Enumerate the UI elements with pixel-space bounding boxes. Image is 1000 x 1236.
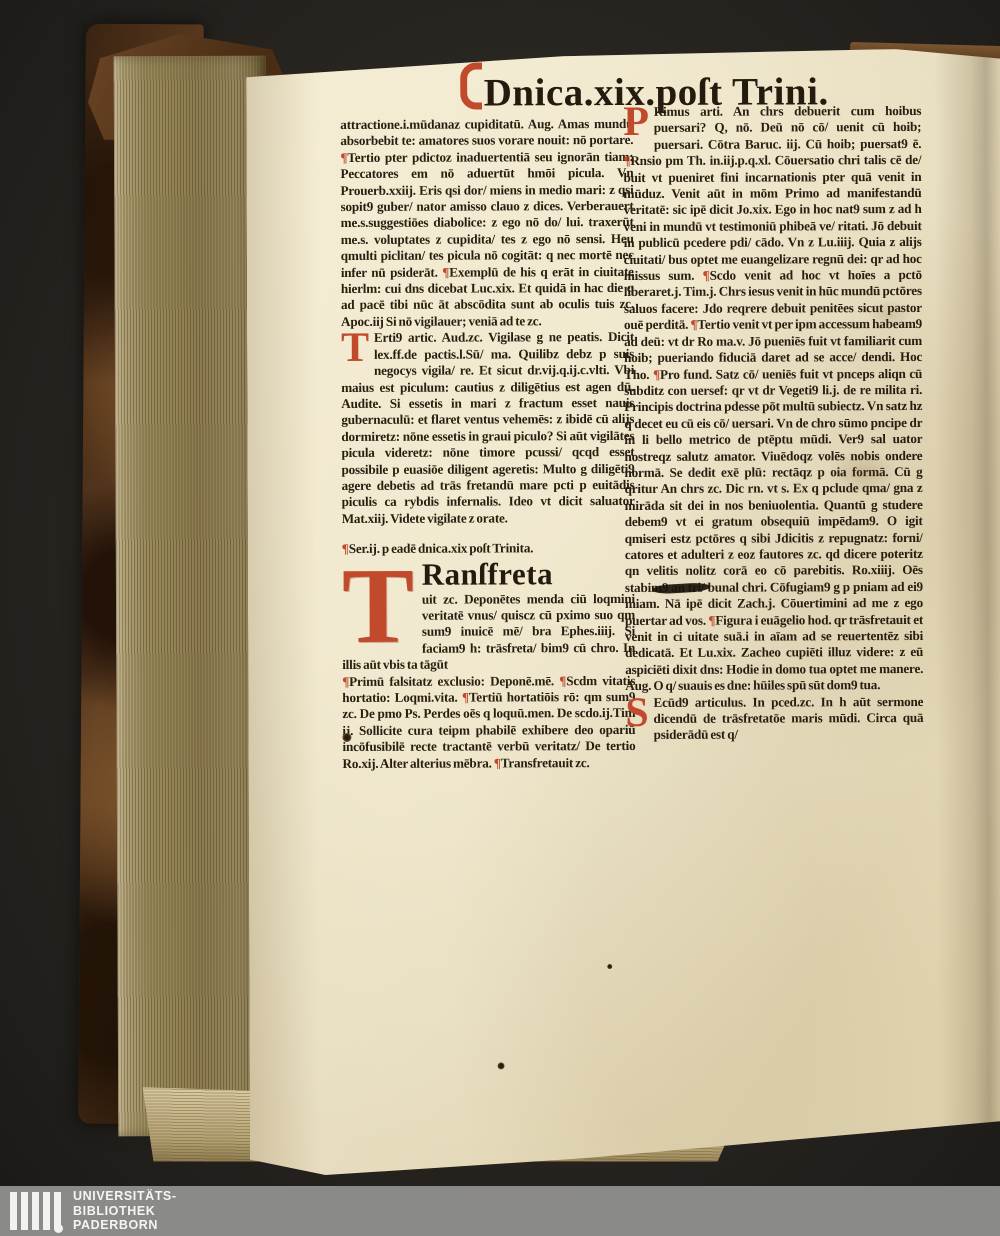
block-text: ¶Primū falsitatz exclusio: Deponē.mē. ¶S… [342, 673, 635, 771]
page-stain [827, 449, 897, 495]
page-inner-shadow-left [246, 51, 320, 1175]
pilcrow-mark: ¶ [342, 541, 349, 556]
worm-hole [498, 1062, 505, 1069]
text-block: SEcūd9 articulus. In pced.zc. In h aūt s… [625, 694, 923, 744]
block-text: ¶Ser.ij. p eadē dnica.xix poſt Trinita. [342, 540, 534, 556]
library-watermark-band: UNIVERSITÄTS- BIBLIOTHEK PADERBORN [0, 1186, 1000, 1236]
rubric-initial: P [623, 104, 654, 138]
pilcrow-mark: ¶ [442, 264, 449, 279]
rubric-initial: S [625, 695, 653, 729]
block-text: attractione.i.mūdanaz cupiditatū. Aug. A… [340, 116, 634, 329]
text-block: TErti9 artic. Aud.zc. Vigilase g ne peat… [341, 329, 635, 527]
book-page: Dnica.xix.poſt Trini. attractione.i.mūda… [246, 49, 1000, 1176]
pilcrow-mark: ¶ [690, 317, 697, 332]
page-stain [867, 299, 911, 329]
text-block: ¶Primū falsitatz exclusio: Deponē.mē. ¶S… [342, 673, 635, 772]
text-block: PRimus arti. An chrs debuerit cum hoibus… [623, 103, 923, 695]
library-name-line2: BIBLIOTHEK [73, 1204, 177, 1219]
pilcrow-mark: ¶ [494, 755, 501, 770]
worm-hole [607, 964, 612, 969]
text-block: TRanſfretauit zc. Deponētes menda ciū lo… [342, 557, 635, 674]
page-gutter-shadow [934, 49, 1000, 1173]
library-name: UNIVERSITÄTS- BIBLIOTHEK PADERBORN [73, 1189, 177, 1233]
pilcrow-mark: ¶ [703, 268, 710, 283]
pilcrow-mark: ¶ [623, 153, 630, 168]
pilcrow-mark: ¶ [653, 366, 660, 381]
pilcrow-mark: ¶ [708, 612, 715, 627]
logo-dot-icon [54, 1224, 63, 1233]
pilcrow-mark: ¶ [342, 674, 349, 689]
pilcrow-mark: ¶ [340, 150, 347, 165]
text-column-right: PRimus arti. An chrs debuerit cum hoibus… [623, 103, 924, 994]
photo-of-book: { "header": { "title": "Dnica.xix.poſt T… [0, 0, 1000, 1236]
block-text: Erti9 artic. Aud.zc. Vigilase g ne peati… [341, 329, 634, 525]
worm-hole [342, 733, 351, 742]
rubric-initial: T [342, 557, 422, 649]
block-text: Ecūd9 articulus. In pced.zc. In h aūt se… [653, 694, 923, 743]
text-column-left: attractione.i.mūdanaz cupiditatū. Aug. A… [340, 116, 636, 995]
capitulum-mark-icon [460, 62, 482, 109]
library-logo-icon [10, 1192, 61, 1230]
pilcrow-mark: ¶ [462, 690, 469, 705]
text-block: attractione.i.mūdanaz cupiditatū. Aug. A… [340, 116, 634, 330]
library-name-line3: PADERBORN [73, 1218, 177, 1233]
rubric-initial: T [341, 330, 374, 364]
pilcrow-mark: ¶ [559, 673, 566, 688]
text-block: ¶Ser.ij. p eadē dnica.xix poſt Trinita. [342, 540, 635, 557]
library-name-line1: UNIVERSITÄTS- [73, 1189, 177, 1204]
block-text: Rimus arti. An chrs debuerit cum hoibus … [623, 103, 923, 693]
